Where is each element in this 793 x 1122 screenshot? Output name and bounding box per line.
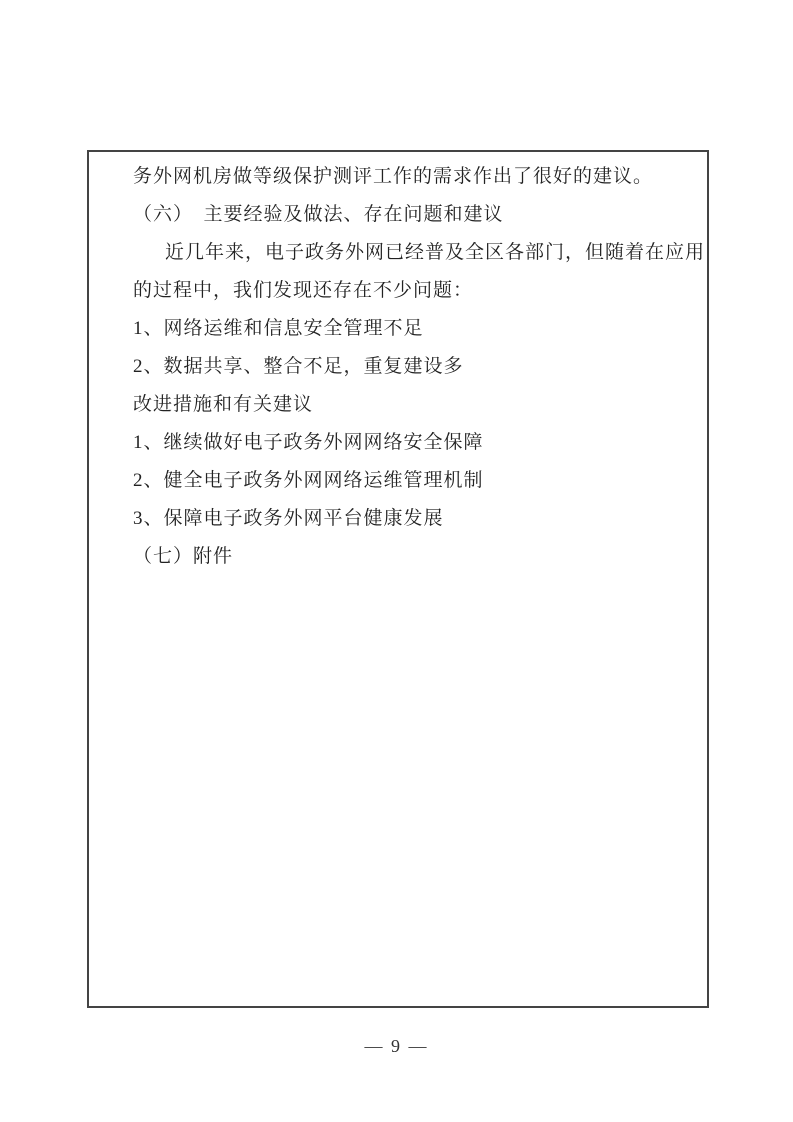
document-body: 务外网机房做等级保护测评工作的需求作出了很好的建议。 （六） 主要经验及做法、存… <box>89 152 707 576</box>
list-item: 3、保障电子政务外网平台健康发展 <box>133 500 691 538</box>
content-border-box: 务外网机房做等级保护测评工作的需求作出了很好的建议。 （六） 主要经验及做法、存… <box>87 150 709 1008</box>
list-item: 1、网络运维和信息安全管理不足 <box>133 310 691 348</box>
section-heading: （六） 主要经验及做法、存在问题和建议 <box>133 196 691 234</box>
document-line: 改进措施和有关建议 <box>133 386 691 424</box>
section-heading: （七）附件 <box>133 538 691 576</box>
list-item: 1、继续做好电子政务外网网络安全保障 <box>133 424 691 462</box>
document-line: 的过程中，我们发现还存在不少问题： <box>133 272 691 310</box>
list-item: 2、数据共享、整合不足，重复建设多 <box>133 348 691 386</box>
document-line: 近几年来，电子政务外网已经普及全区各部门，但随着在应用 <box>133 234 691 272</box>
document-line: 务外网机房做等级保护测评工作的需求作出了很好的建议。 <box>133 158 691 196</box>
page-number: — 9 — <box>0 1036 793 1057</box>
document-page: 务外网机房做等级保护测评工作的需求作出了很好的建议。 （六） 主要经验及做法、存… <box>0 0 793 1122</box>
list-item: 2、健全电子政务外网网络运维管理机制 <box>133 462 691 500</box>
